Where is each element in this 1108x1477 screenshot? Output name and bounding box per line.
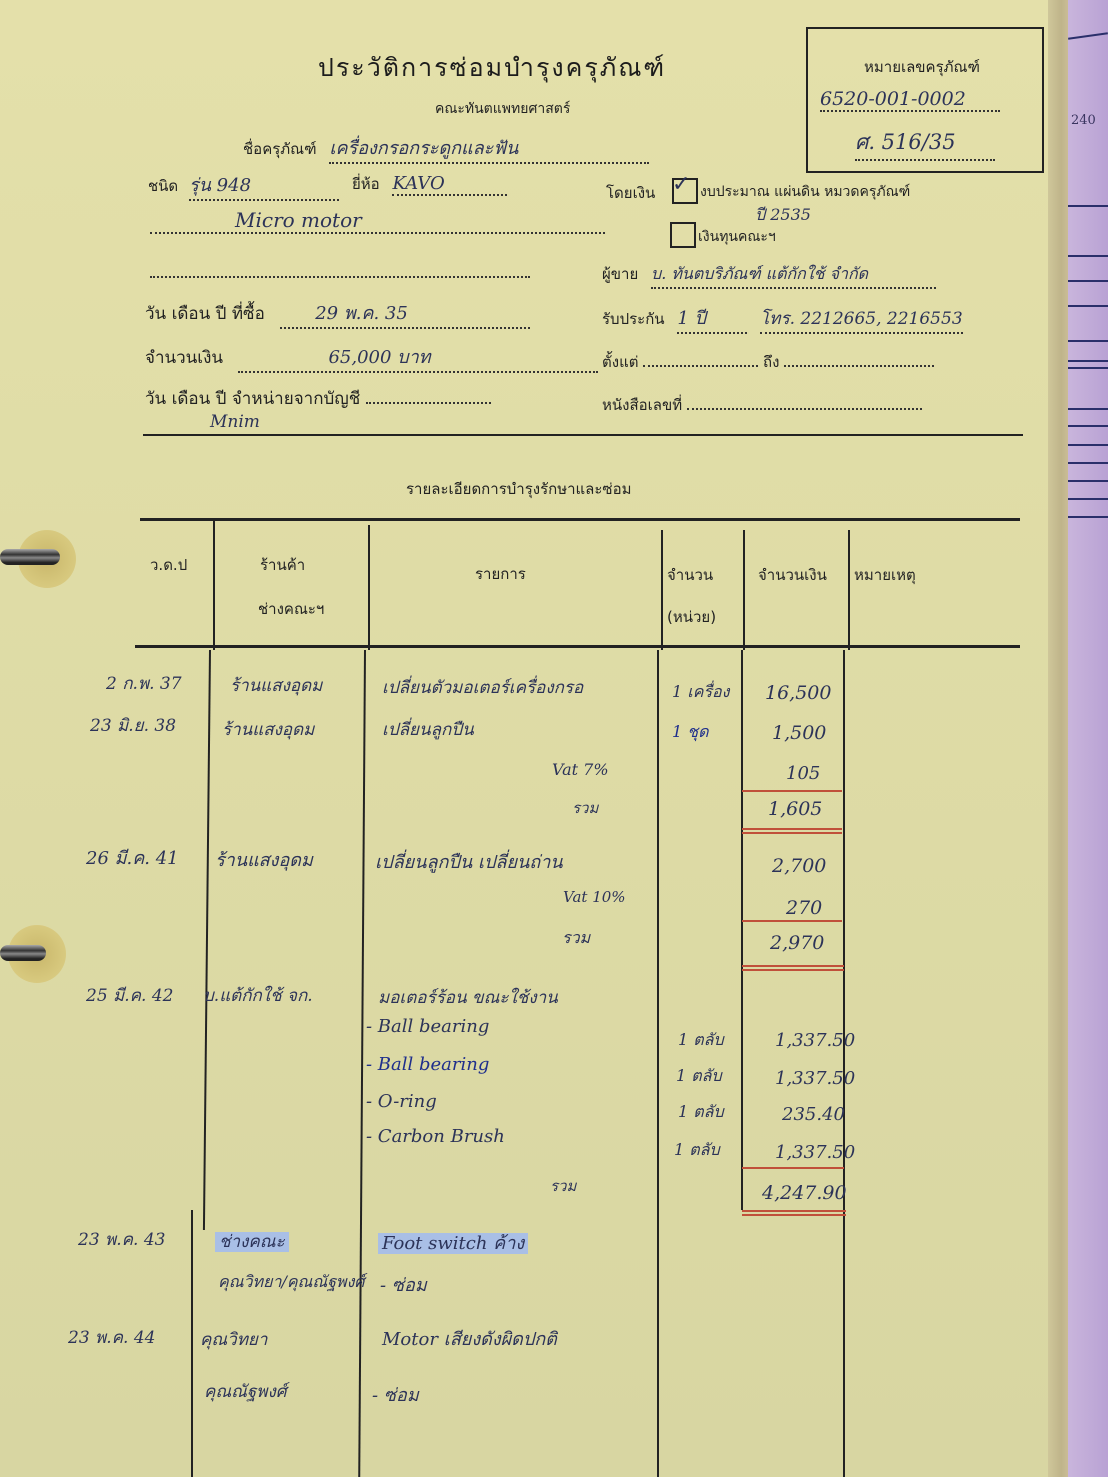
column-divider <box>368 525 370 650</box>
check-mark-icon: ✓ <box>672 172 690 197</box>
funding-label: โดยเงิน <box>606 181 655 205</box>
type-value: รุ่น 948 <box>189 170 339 201</box>
to-value <box>784 365 934 367</box>
row-description: เปลี่ยนตัวมอเตอร์เครื่องกรอ <box>382 674 583 701</box>
row-vat-label: Vat 7% <box>552 760 609 779</box>
page-title: ประวัติการซ่อมบำรุงครุภัณฑ์ <box>318 48 666 88</box>
column-divider <box>741 650 743 1210</box>
total-double-rule <box>742 1210 846 1212</box>
row-description: เปลี่ยนลูกปืน เปลี่ยนถ่าน <box>375 847 563 876</box>
row-qty: 1 เครื่อง <box>672 680 729 705</box>
row-total-label: รวม <box>562 926 590 951</box>
column-divider <box>743 530 745 650</box>
row-date: 23 พ.ค. 43 <box>78 1226 165 1253</box>
header-description: รายการ <box>475 562 526 586</box>
extra-line-2 <box>150 262 530 282</box>
seller-label: ผู้ขาย <box>602 265 638 283</box>
column-divider <box>191 1210 193 1477</box>
row-total-label: รวม <box>550 1174 576 1198</box>
row-qty: 1 ตลับ <box>674 1138 720 1163</box>
total-double-rule <box>742 1214 846 1216</box>
row-description: - ซ่อม <box>380 1270 427 1299</box>
type-field: ชนิด รุ่น 948 <box>148 170 339 201</box>
amount-label: จำนวนเงิน <box>145 348 223 368</box>
warranty-label: รับประกัน <box>602 310 665 328</box>
subtotal-rule <box>742 1167 844 1169</box>
asset-number-text: 6520-001-0002 <box>820 88 1000 112</box>
row-amount: 1,337.50 <box>775 1142 855 1163</box>
from-value <box>643 365 758 367</box>
row-shop: ร้านแสงอุดม <box>215 845 313 874</box>
asset-name-field: ชื่อครุภัณฑ์ เครื่องกรอกระดูกและฟัน <box>243 133 649 164</box>
header-shop-line1: ร้านค้า <box>260 553 305 577</box>
row-shop: ร้านแสงอุดม <box>222 716 314 743</box>
row-date: 23 มิ.ย. 38 <box>90 712 176 739</box>
table-header-bottom-rule <box>135 645 1020 648</box>
row-description: - ซ่อม <box>372 1380 419 1409</box>
row-total-amount: 2,970 <box>770 932 824 954</box>
seller-value: บ. ทันตบริภัณฑ์ แต้กักใช้ จำกัด <box>651 262 936 289</box>
row-qty: 1 ตลับ <box>676 1064 722 1089</box>
asset-name-value: เครื่องกรอกระดูกและฟัน <box>329 133 649 164</box>
row-date: 23 พ.ค. 44 <box>68 1324 155 1351</box>
row-total-amount: 1,605 <box>768 798 822 820</box>
column-divider <box>657 650 659 1477</box>
total-double-rule <box>742 828 842 830</box>
header-divider <box>143 434 1023 436</box>
header-shop-line2: ช่างคณะฯ <box>258 597 324 621</box>
row-date: 26 มี.ค. 41 <box>86 843 179 872</box>
faculty-fund-option-label[interactable]: เงินทุนคณะฯ <box>698 226 776 248</box>
row-description: มอเตอร์ร้อน ขณะใช้งาน <box>378 984 558 1011</box>
warranty-field: รับประกัน 1 ปี โทร. 2212665, 2216553 <box>602 303 963 334</box>
page-edge <box>1048 0 1070 1477</box>
budget-option-label[interactable]: งบประมาณ แผ่นดิน หมวดครุภัณฑ์ <box>700 181 910 203</box>
row-shop: คุณวิทยา/คุณณัฐพงศ์ <box>218 1270 365 1295</box>
total-double-rule <box>742 969 844 971</box>
row-shop: คุณวิทยา <box>200 1326 267 1353</box>
asset-number-label: หมายเลขครุภัณฑ์ <box>864 55 980 79</box>
header-date: ว.ด.ป <box>150 553 187 577</box>
total-double-rule <box>742 832 842 834</box>
row-amount: 105 <box>786 763 820 784</box>
asset-reference-text: ศ. 516/35 <box>855 126 995 161</box>
asset-number-value: 6520-001-0002 <box>820 88 1000 112</box>
extra-line-1-value: Micro motor <box>150 208 605 234</box>
header-qty-line1: จำนวน <box>667 563 713 587</box>
budget-year-note: ปี 2535 <box>755 203 811 228</box>
asset-reference-value: ศ. 516/35 <box>855 126 995 161</box>
row-total-amount: 4,247.90 <box>762 1182 847 1204</box>
header-qty-line2: (หน่วย) <box>667 605 716 629</box>
row-date: 2 ก.พ. 37 <box>106 670 182 697</box>
purchase-date-label: วัน เดือน ปี ที่ซื้อ <box>145 304 265 324</box>
column-divider <box>661 530 663 650</box>
type-label: ชนิด <box>148 177 178 195</box>
row-amount: 16,500 <box>765 682 831 704</box>
row-part: - Ball bearing <box>366 1016 489 1037</box>
letter-number-field: หนังสือเลขที่ <box>602 393 922 417</box>
table-section-title: รายละเอียดการบำรุงรักษาและซ่อม <box>406 477 632 501</box>
column-divider <box>848 530 850 650</box>
row-vat-label: Vat 10% <box>563 888 626 906</box>
amount-field: จำนวนเงิน 65,000 บาท <box>145 342 598 373</box>
table-top-rule <box>140 518 1020 521</box>
letter-number-value <box>687 408 922 410</box>
header-amount: จำนวนเงิน <box>758 563 827 587</box>
row-amount: 1,337.50 <box>775 1068 855 1089</box>
letter-number-label: หนังสือเลขที่ <box>602 396 682 414</box>
row-amount: 270 <box>786 897 822 919</box>
row-shop-highlighted: ช่างคณะ <box>215 1232 289 1252</box>
column-divider <box>213 520 215 650</box>
row-shop: บ.แต้กักใช้ จก. <box>203 982 313 1009</box>
subtotal-rule <box>742 790 842 792</box>
subtotal-rule <box>742 920 842 922</box>
faculty-name: คณะทันตแพทยศาสตร์ <box>435 98 570 120</box>
row-amount: 1,337.50 <box>775 1030 855 1051</box>
row-shop: ช่างคณะ <box>215 1228 289 1255</box>
warranty-value: 1 ปี <box>677 303 747 334</box>
row-amount: 1,500 <box>772 722 826 744</box>
extra-line-1: Micro motor <box>150 208 605 234</box>
row-description: เปลี่ยนลูกปืน <box>382 716 474 743</box>
disposal-date-value <box>366 402 491 404</box>
binder-ring <box>0 549 60 565</box>
amount-value: 65,000 บาท <box>238 342 598 373</box>
row-shop: คุณณัฐพงศ์ <box>204 1378 287 1405</box>
extra-line-2-value <box>150 262 530 278</box>
row-total-label: รวม <box>572 796 598 820</box>
purchase-date-field: วัน เดือน ปี ที่ซื้อ 29 พ.ค. 35 <box>145 298 530 329</box>
binder-ring <box>0 945 46 961</box>
brand-field: ยี่ห้อ KAVO <box>352 172 507 196</box>
brand-label: ยี่ห้อ <box>352 175 380 193</box>
row-description: Foot switch ค้าง <box>378 1228 528 1257</box>
disposal-date-field: วัน เดือน ปี จำหน่ายจากบัญชี <box>145 385 491 412</box>
row-part: - O-ring <box>366 1091 437 1112</box>
asset-name-label: ชื่อครุภัณฑ์ <box>243 140 317 158</box>
seller-field: ผู้ขาย บ. ทันตบริภัณฑ์ แต้กักใช้ จำกัด <box>602 262 936 289</box>
page-number-label: 240 <box>1071 113 1096 128</box>
period-field: ตั้งแต่ ถึง <box>602 350 934 374</box>
row-qty: 1 ตลับ <box>678 1100 724 1125</box>
purchase-date-value: 29 พ.ค. 35 <box>280 298 530 329</box>
from-label: ตั้งแต่ <box>602 353 638 371</box>
row-part: - Carbon Brush <box>366 1126 505 1147</box>
to-label: ถึง <box>763 353 779 371</box>
row-shop: ร้านแสงอุดม <box>230 672 322 699</box>
header-note: หมายเหตุ <box>854 563 916 587</box>
row-date: 25 มี.ค. 42 <box>86 982 173 1009</box>
adjacent-purple-sheet <box>1068 0 1108 1477</box>
row-description: Motor เสียงดังผิดปกติ <box>382 1324 557 1353</box>
column-divider <box>843 650 845 1477</box>
brand-value: KAVO <box>392 173 507 196</box>
row-description-highlighted: Foot switch ค้าง <box>378 1233 528 1254</box>
phone-value: โทร. 2212665, 2216553 <box>760 305 963 334</box>
row-part: - Ball bearing <box>366 1054 489 1075</box>
row-amount: 2,700 <box>772 855 826 877</box>
row-qty: 1 ชุด <box>672 720 709 745</box>
row-amount: 235.40 <box>782 1104 845 1125</box>
signature: Mnim <box>210 412 260 432</box>
row-qty: 1 ตลับ <box>678 1028 724 1053</box>
faculty-fund-checkbox[interactable] <box>670 222 696 248</box>
disposal-date-label: วัน เดือน ปี จำหน่ายจากบัญชี <box>145 389 360 409</box>
total-double-rule <box>742 965 844 967</box>
